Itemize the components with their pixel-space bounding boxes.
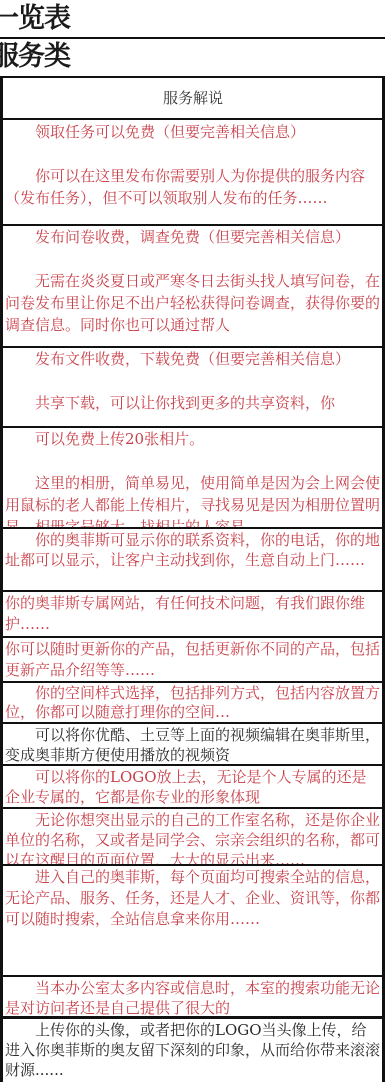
row-body: 这里的相册，简单易见，使用简单是因为会上网会使用鼠标的老人都能上传相片，寻找易见… [5, 472, 381, 527]
table-row-style: 你的空间样式选择，包括排列方式，包括内容放置方位，你都可以随意打理你的空间… [3, 681, 382, 722]
page-title: 一览表 [0, 0, 377, 38]
row-body: 当本办公室太多内容或信息时，本室的搜索功能无论是对访问者还是自己提供了很大的 [5, 978, 381, 1016]
table-row-survey: 发布问卷收费，调查免费（但要完善相关信息） 无需在炎炎夏日或严寒冬日去街头找人填… [3, 224, 382, 346]
section-title: 服务类 [0, 37, 385, 75]
table-row-avatar: 上传你的头像，或者把你的LOGO当头像上传，给进入你奥菲斯的奥友留下深刻的印象，… [3, 1016, 382, 1082]
row-lead: 发布问卷收费，调查免费（但要完善相关信息） [5, 226, 381, 248]
row-body: 你的空间样式选择，包括排列方式，包括内容放置方位，你都可以随意打理你的空间… [5, 684, 381, 722]
section-title-text: 服务类 [0, 41, 70, 72]
table-row-task: 领取任务可以免费（但要完善相关信息） 你可以在这里发布你需要别人为你提供的服务内… [3, 118, 382, 224]
table-header: 服务解说 [3, 76, 382, 118]
table-row-video: 可以将你优酷、土豆等上面的视频编辑在奥菲斯里，变成奥菲斯方便使用播放的视频资 [3, 722, 382, 764]
row-body: 进入自己的奥菲斯，每个页面均可搜索全站的信息，无论产品、服务、任务，还是人才、企… [5, 867, 381, 930]
row-lead: 发布文件收费，下载免费（但要完善相关信息） [5, 348, 381, 370]
row-body: 可以将你优酷、土豆等上面的视频编辑在奥菲斯里，变成奥菲斯方便使用播放的视频资 [5, 725, 381, 764]
table-row-website: 你的奥菲斯专属网站，有任何技术问题，有我们跟你维护…… [3, 590, 382, 636]
row-body: 无需在炎炎夏日或严寒冬日去街头找人填写问卷，在问卷发布里让你足不出户轻松获得问卷… [5, 270, 381, 336]
table-row-logo: 可以将你的LOGO放上去，无论是个人专属的还是企业专属的，它都是你专业的形象体现 [3, 764, 382, 807]
table-row-name: 无论你想突出显示的自己的工作室名称，还是你企业单位的名称，又或者是同学会、宗亲会… [3, 807, 382, 864]
table-row-photos: 可以免费上传20张相片。 这里的相册，简单易见，使用简单是因为会上网会使用鼠标的… [3, 426, 382, 527]
row-body: 无论你想突出显示的自己的工作室名称，还是你企业单位的名称，又或者是同学会、宗亲会… [5, 810, 381, 864]
row-body: 你的奥菲斯专属网站，有任何技术问题，有我们跟你维护…… [5, 593, 381, 635]
row-lead: 领取任务可以免费（但要完善相关信息） [5, 121, 381, 143]
row-body: 共享下载，可以让你找到更多的共享资料，你 [5, 392, 381, 414]
row-lead: 可以免费上传20张相片。 [5, 428, 381, 450]
table-row-files: 发布文件收费，下载免费（但要完善相关信息） 共享下载，可以让你找到更多的共享资料… [3, 346, 382, 426]
row-body: 上传你的头像，或者把你的LOGO当头像上传，给进入你奥菲斯的奥友留下深刻的印象，… [5, 1020, 381, 1080]
row-body: 你可以在这里发布你需要别人为你提供的服务内容（发布任务），但不可以领取别人发布的… [5, 165, 381, 209]
table-row-products: 你可以随时更新你的产品，包括更新你不同的产品，包括更新产品介绍等等…… [3, 636, 382, 681]
row-body: 你的奥菲斯可显示你的联系资料，你的电话，你的地址都可以显示，让客户主动找到你，生… [5, 530, 381, 570]
row-body: 可以将你的LOGO放上去，无论是个人专属的还是企业专属的，它都是你专业的形象体现 [5, 767, 381, 807]
table-row-office-search: 当本办公室太多内容或信息时，本室的搜索功能无论是对访问者还是自己提供了很大的 [3, 975, 382, 1016]
table-row-search: 进入自己的奥菲斯，每个页面均可搜索全站的信息，无论产品、服务、任务，还是人才、企… [3, 864, 382, 975]
row-body: 你可以随时更新你的产品，包括更新你不同的产品，包括更新产品介绍等等…… [5, 639, 381, 681]
table-row-contact: 你的奥菲斯可显示你的联系资料，你的电话，你的地址都可以显示，让客户主动找到你，生… [3, 527, 382, 590]
services-table: 服务解说 领取任务可以免费（但要完善相关信息） 你可以在这里发布你需要别人为你提… [0, 76, 385, 1082]
